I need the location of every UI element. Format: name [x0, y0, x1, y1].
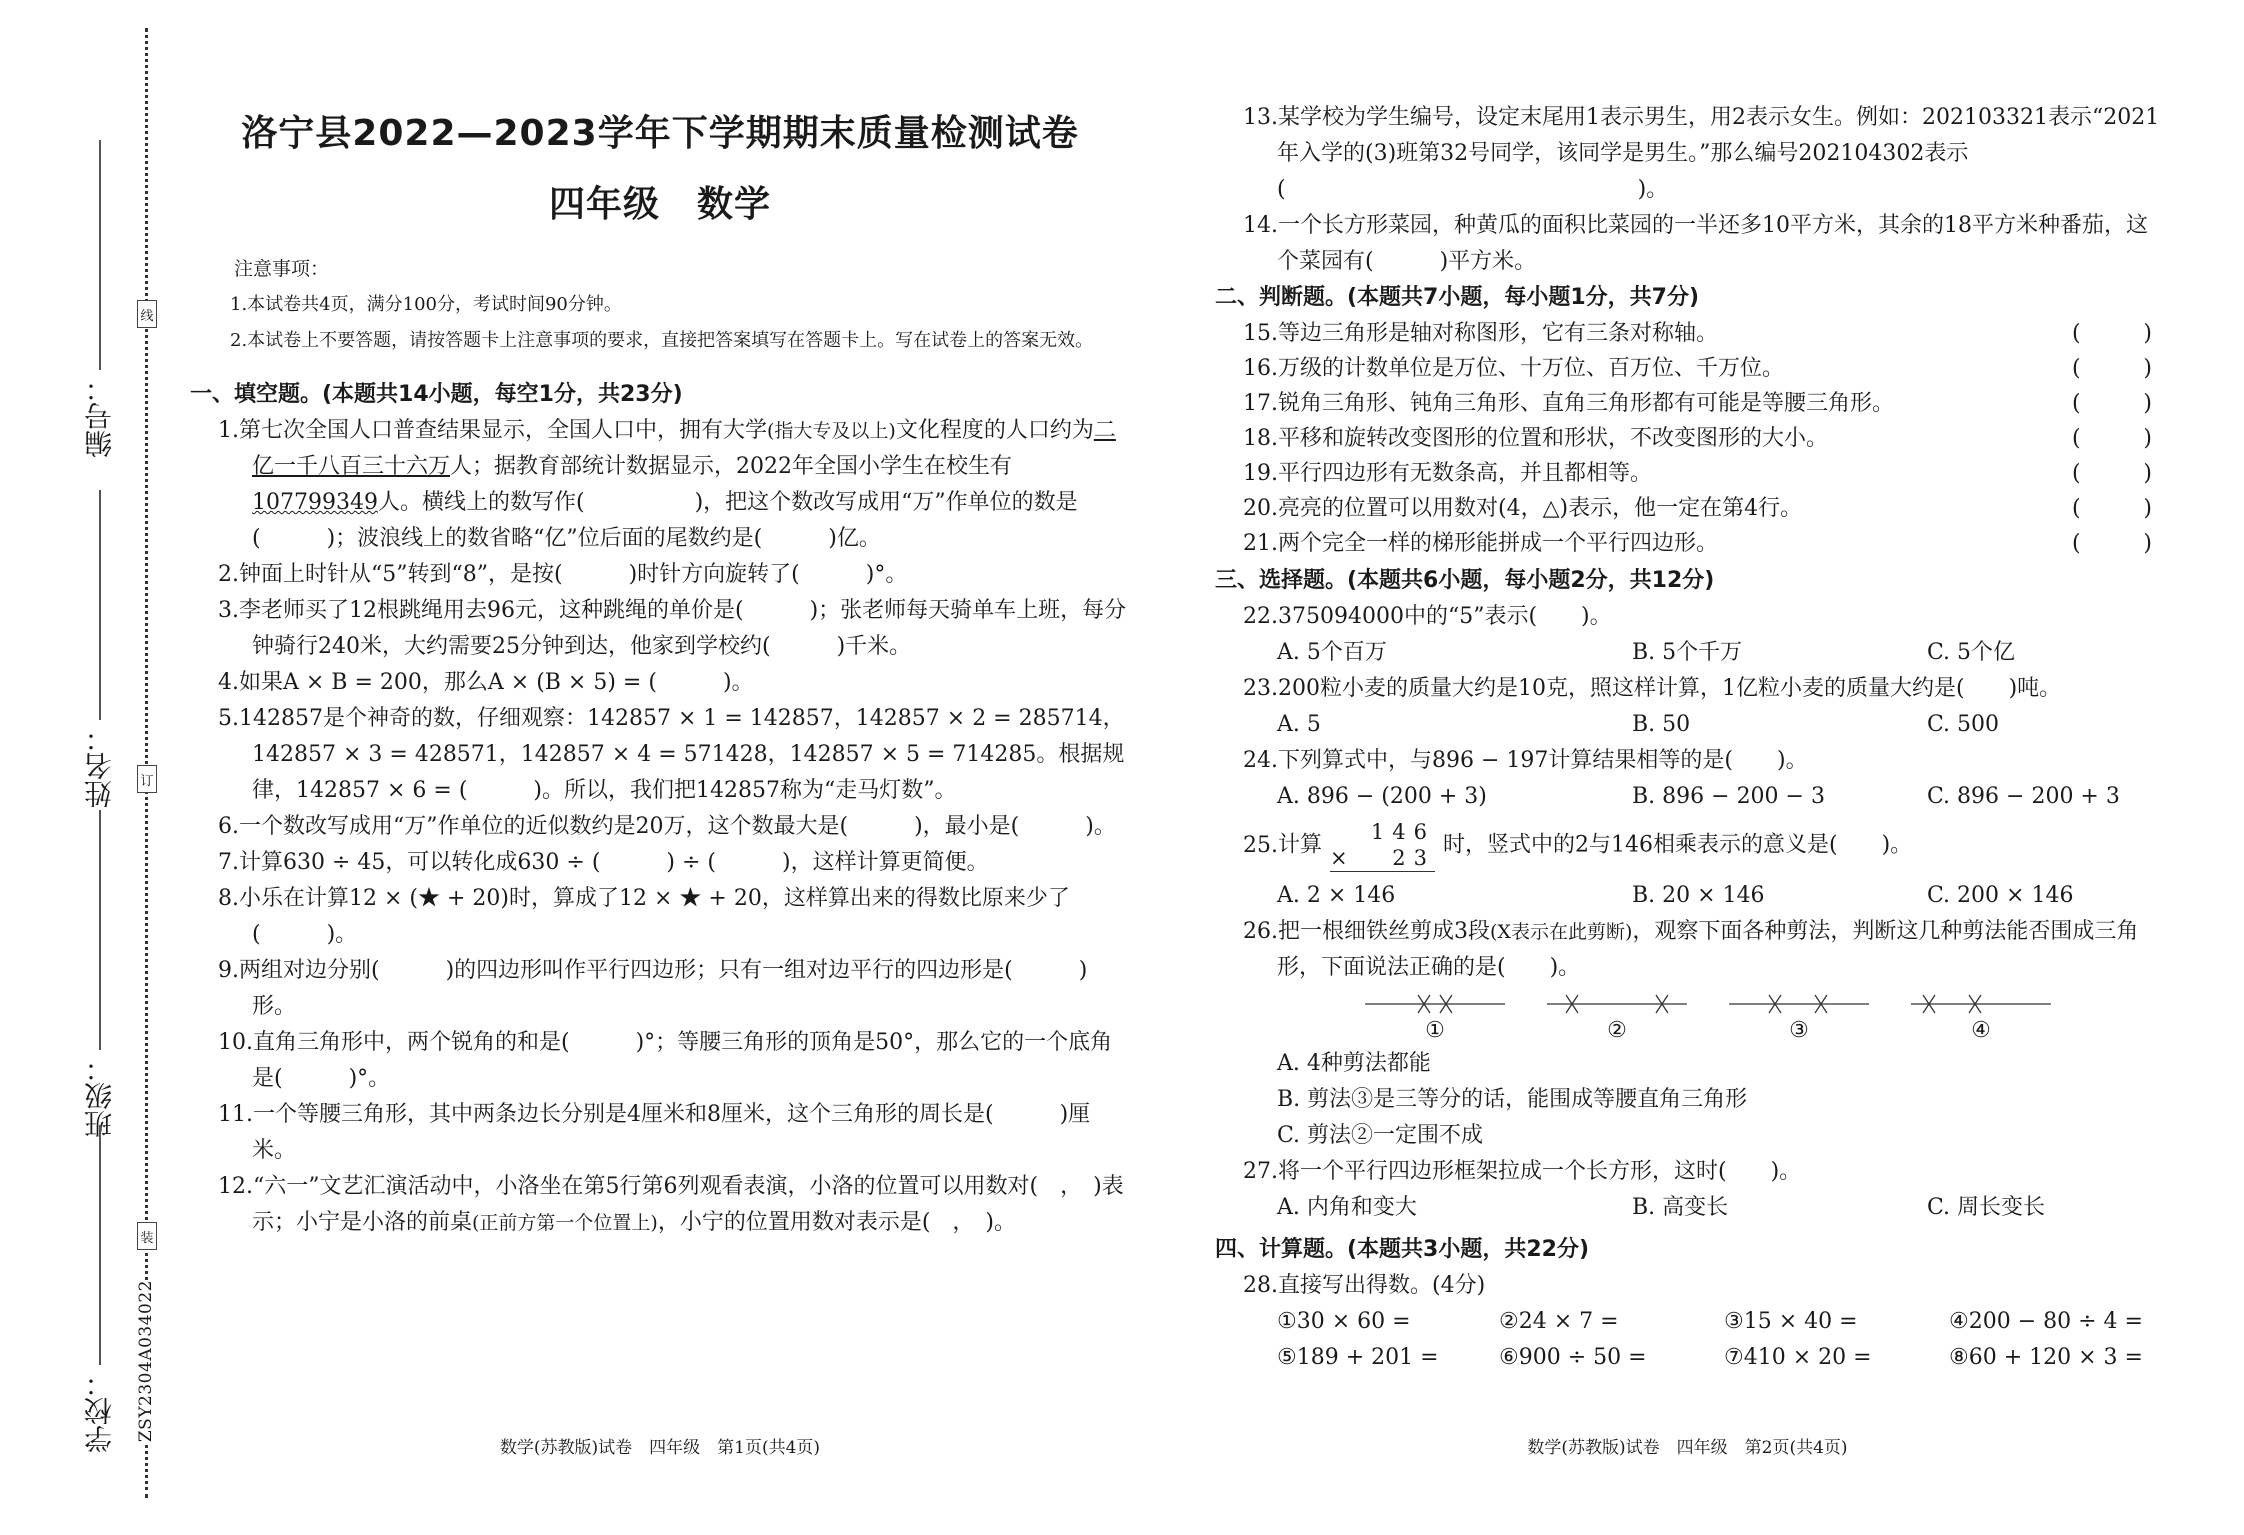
options-27: A. 内角和变大 B. 高变长 C. 周长变长 [1215, 1190, 2160, 1226]
wire-diagram-1: ① [1365, 992, 1505, 1046]
option-a[interactable]: A. 896 − (200 + 3) [1277, 779, 1632, 815]
notice-item: 1.本试卷共4页，满分100分，考试时间90分钟。 [190, 287, 1130, 323]
calc-item: ③15 × 40 = [1724, 1304, 1949, 1340]
wire-cut-diagrams: ① ② ③ ④ [1215, 992, 2160, 1046]
binding-margin: 线 订 装 编号： 姓名： 班级： 学校： ZSY2304A034022 [0, 0, 170, 1535]
notice-item: 2.本试卷上不要答题，请按答题卡上注意事项的要求，直接把答案填写在答题卡上。写在… [190, 323, 1130, 359]
question-25: 25.计算146×23时，竖式中的2与146相乘表示的意义是( )。 [1215, 819, 2160, 872]
notice-block: 注意事项： 1.本试卷共4页，满分100分，考试时间90分钟。 2.本试卷上不要… [190, 251, 1130, 359]
calc-item: ⑧60 + 120 × 3 = [1949, 1340, 2189, 1376]
question-15: 15.等边三角形是轴对称图形，它有三条对称轴。() [1215, 316, 2160, 351]
question-21: 21.两个完全一样的梯形能拼成一个平行四边形。() [1215, 526, 2160, 561]
calc-item: ⑥900 ÷ 50 = [1499, 1340, 1724, 1376]
answer-paren[interactable]: () [2072, 351, 2152, 386]
answer-paren[interactable]: () [2072, 316, 2152, 351]
option-c[interactable]: C. 周长变长 [1927, 1190, 2207, 1226]
question-5: 5.142857是个神奇的数，仔细观察：142857 × 1 = 142857，… [190, 701, 1130, 809]
calc-item: ①30 × 60 = [1277, 1304, 1499, 1340]
option-c[interactable]: C. 剪法②一定围不成 [1215, 1118, 2160, 1154]
question-6: 6.一个数改写成用“万”作单位的近似数约是20万，这个数最大是( )，最小是( … [190, 809, 1130, 845]
question-1: 1.第七次全国人口普查结果显示，全国人口中，拥有大学(指大专及以上)文化程度的人… [190, 413, 1130, 557]
field-class[interactable]: 班级： [80, 810, 120, 1138]
section-true-false: 二、判断题。(本题共7小题，每小题1分，共7分) 15.等边三角形是轴对称图形，… [1215, 280, 2160, 561]
seal-xian: 线 [137, 300, 157, 328]
field-number-label: 编号： [80, 374, 120, 458]
paper-code: ZSY2304A034022 [136, 1280, 156, 1442]
section-heading: 一、填空题。(本题共14小题，每空1分，共23分) [190, 377, 1130, 413]
option-a[interactable]: A. 4种剪法都能 [1215, 1046, 2160, 1082]
question-9: 9.两组对边分别( )的四边形叫作平行四边形；只有一组对边平行的四边形是( )形… [190, 953, 1130, 1025]
options-23: A. 5 B. 50 C. 500 [1215, 707, 2160, 743]
oral-calculation-grid: ①30 × 60 = ②24 × 7 = ③15 × 40 = ④200 − 8… [1215, 1304, 2160, 1376]
section-heading: 三、选择题。(本题共6小题，每小题2分，共12分) [1215, 563, 2160, 599]
option-b[interactable]: B. 5个千万 [1632, 635, 1927, 671]
option-a[interactable]: A. 5个百万 [1277, 635, 1632, 671]
section-multiple-choice: 三、选择题。(本题共6小题，每小题2分，共12分) 22.375094000中的… [1215, 563, 2160, 1226]
section-heading: 二、判断题。(本题共7小题，每小题1分，共7分) [1215, 280, 2160, 316]
field-name-line[interactable] [99, 490, 101, 720]
vertical-multiplication: 146×23 [1330, 819, 1435, 872]
page-footer: 数学(苏教版)试卷 四年级 第2页(共4页) [1215, 1433, 2160, 1458]
section-fill-blank: 一、填空题。(本题共14小题，每空1分，共23分) 1.第七次全国人口普查结果显… [190, 377, 1130, 1241]
page-2: 13.某学校为学生编号，设定末尾用1表示男生，用2表示女生。例如：2021033… [1215, 0, 2160, 1535]
question-18: 18.平移和旋转改变图形的位置和形状，不改变图形的大小。() [1215, 421, 2160, 456]
field-number[interactable]: 编号： [80, 140, 120, 458]
options-25: A. 2 × 146 B. 20 × 146 C. 200 × 146 [1215, 878, 2160, 914]
question-13: 13.某学校为学生编号，设定末尾用1表示男生，用2表示女生。例如：2021033… [1215, 100, 2160, 208]
question-27: 27.将一个平行四边形框架拉成一个长方形，这时( )。 [1215, 1154, 2160, 1190]
section-heading: 四、计算题。(本题共3小题，共22分) [1215, 1232, 2160, 1268]
wire-diagram-4: ④ [1911, 992, 2051, 1046]
cut-line [145, 28, 148, 1498]
question-20: 20.亮亮的位置可以用数对(4，△)表示，他一定在第4行。() [1215, 491, 2160, 526]
option-b[interactable]: B. 20 × 146 [1632, 878, 1927, 914]
notice-heading: 注意事项： [190, 251, 1130, 287]
question-14: 14.一个长方形菜园，种黄瓜的面积比菜园的一半还多10平方米，其余的18平方米种… [1215, 208, 2160, 280]
section-calculation: 四、计算题。(本题共3小题，共22分) 28.直接写出得数。(4分) ①30 ×… [1215, 1232, 2160, 1376]
option-a[interactable]: A. 5 [1277, 707, 1632, 743]
option-b[interactable]: B. 剪法③是三等分的话，能围成等腰直角三角形 [1215, 1082, 2160, 1118]
question-10: 10.直角三角形中，两个锐角的和是( )°；等腰三角形的顶角是50°，那么它的一… [190, 1025, 1130, 1097]
seal-zhuang: 装 [137, 1222, 157, 1250]
question-19: 19.平行四边形有无数条高，并且都相等。() [1215, 456, 2160, 491]
exam-title: 洛宁县2022—2023学年下学期期末质量检测试卷 [190, 105, 1130, 156]
option-c[interactable]: C. 5个亿 [1927, 635, 2207, 671]
question-3: 3.李老师买了12根跳绳用去96元，这种跳绳的单价是( )；张老师每天骑单车上班… [190, 593, 1130, 665]
answer-paren[interactable]: () [2072, 386, 2152, 421]
calc-item: ④200 − 80 ÷ 4 = [1949, 1304, 2189, 1340]
calc-item: ⑦410 × 20 = [1724, 1340, 1949, 1376]
option-c[interactable]: C. 500 [1927, 707, 2207, 743]
options-24: A. 896 − (200 + 3) B. 896 − 200 − 3 C. 8… [1215, 779, 2160, 815]
question-2: 2.钟面上时针从“5”转到“8”，是按( )时针方向旋转了( )°。 [190, 557, 1130, 593]
question-26: 26.把一根细铁丝剪成3段(X表示在此剪断)，观察下面各种剪法，判断这几种剪法能… [1215, 914, 2160, 986]
calc-item: ⑤189 + 201 = [1277, 1340, 1499, 1376]
option-b[interactable]: B. 高变长 [1632, 1190, 1927, 1226]
option-c[interactable]: C. 896 − 200 + 3 [1927, 779, 2207, 815]
question-23: 23.200粒小麦的质量大约是10克，照这样计算，1亿粒小麦的质量大约是( )吨… [1215, 671, 2160, 707]
question-8: 8.小乐在计算12 × (★ + 20)时，算成了12 × ★ + 20，这样算… [190, 881, 1130, 953]
question-16: 16.万级的计数单位是万位、十万位、百万位、千万位。() [1215, 351, 2160, 386]
field-school[interactable]: 学校： [80, 1125, 120, 1453]
question-11: 11.一个等腰三角形，其中两条边长分别是4厘米和8厘米，这个三角形的周长是( )… [190, 1097, 1130, 1169]
question-22: 22.375094000中的“5”表示( )。 [1215, 599, 2160, 635]
seal-ding: 订 [137, 765, 157, 793]
wavy-number: 107799349 [252, 490, 378, 515]
option-c[interactable]: C. 200 × 146 [1927, 878, 2207, 914]
answer-paren[interactable]: () [2072, 526, 2152, 561]
answer-paren[interactable]: () [2072, 456, 2152, 491]
question-4: 4.如果A × B = 200，那么A × (B × 5) = ( )。 [190, 665, 1130, 701]
wire-diagram-2: ② [1547, 992, 1687, 1046]
option-a[interactable]: A. 2 × 146 [1277, 878, 1632, 914]
calc-item: ②24 × 7 = [1499, 1304, 1724, 1340]
option-a[interactable]: A. 内角和变大 [1277, 1190, 1632, 1226]
field-class-line[interactable] [99, 810, 101, 1050]
question-17: 17.锐角三角形、钝角三角形、直角三角形都有可能是等腰三角形。() [1215, 386, 2160, 421]
field-name-label: 姓名： [80, 724, 120, 808]
question-7: 7.计算630 ÷ 45，可以转化成630 ÷ ( ) ÷ ( )，这样计算更简… [190, 845, 1130, 881]
options-22: A. 5个百万 B. 5个千万 C. 5个亿 [1215, 635, 2160, 671]
wire-diagram-3: ③ [1729, 992, 1869, 1046]
answer-paren[interactable]: () [2072, 421, 2152, 456]
page-footer: 数学(苏教版)试卷 四年级 第1页(共4页) [190, 1433, 1130, 1458]
field-school-line[interactable] [99, 1125, 101, 1365]
question-28: 28.直接写出得数。(4分) [1215, 1268, 2160, 1304]
exam-subtitle: 四年级 数学 [190, 176, 1130, 227]
option-b[interactable]: B. 896 − 200 − 3 [1632, 779, 1927, 815]
question-12: 12.“六一”文艺汇演活动中，小洛坐在第5行第6列观看表演，小洛的位置可以用数对… [190, 1169, 1130, 1241]
field-name[interactable]: 姓名： [80, 490, 120, 808]
field-school-label: 学校： [80, 1369, 120, 1453]
page-1: 洛宁县2022—2023学年下学期期末质量检测试卷 四年级 数学 注意事项： 1… [190, 0, 1130, 1535]
answer-paren[interactable]: () [2072, 491, 2152, 526]
question-24: 24.下列算式中，与896 − 197计算结果相等的是( )。 [1215, 743, 2160, 779]
field-number-line[interactable] [99, 140, 101, 370]
option-b[interactable]: B. 50 [1632, 707, 1927, 743]
